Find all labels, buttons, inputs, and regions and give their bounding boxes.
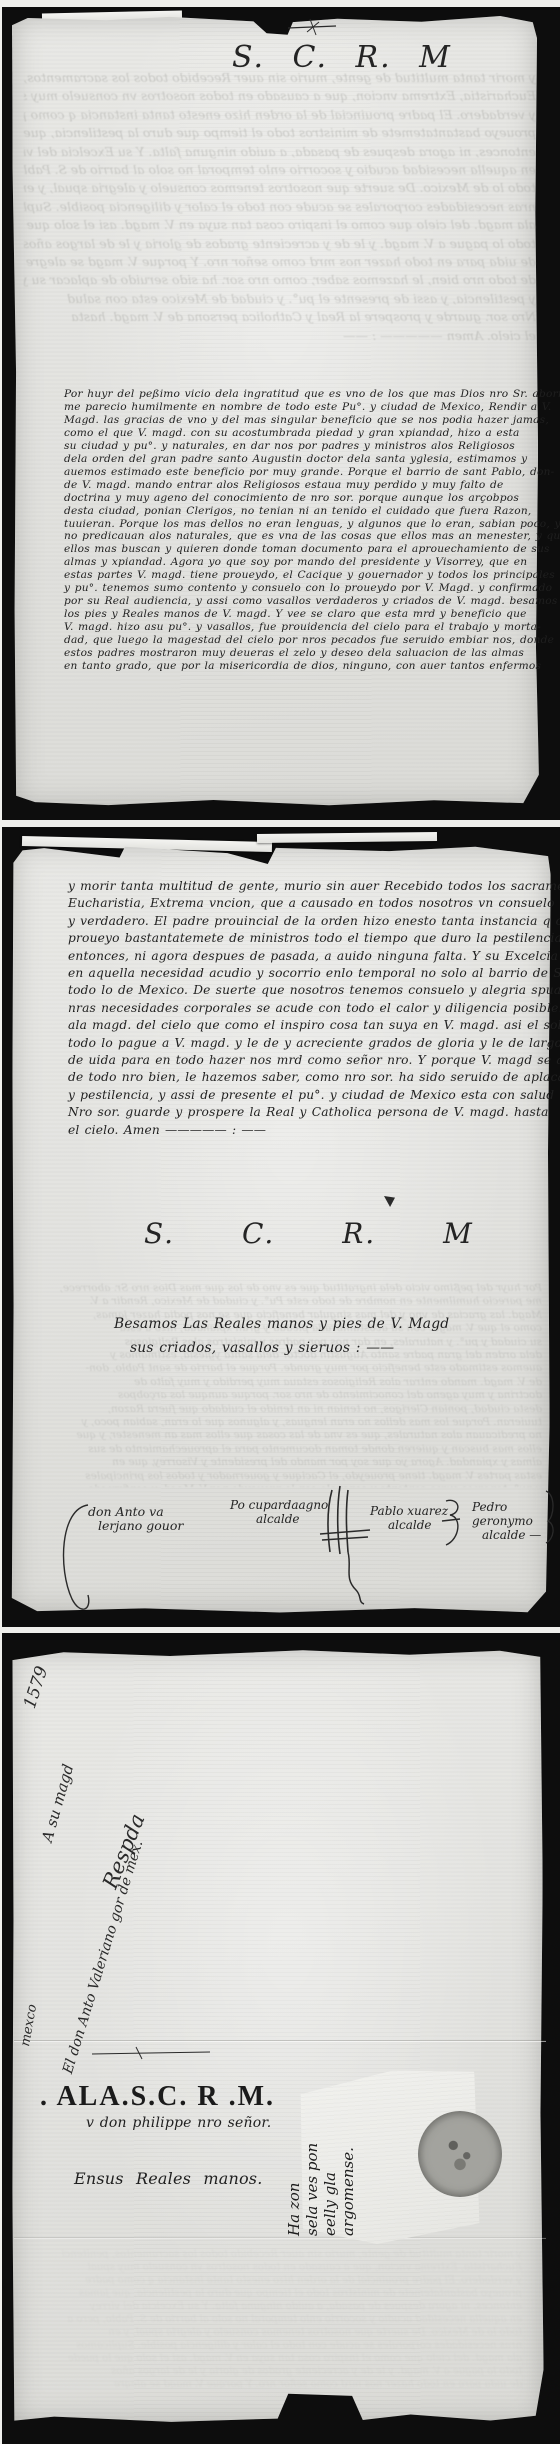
page1-scan: S. C. R. M y morir tanta multitud de gen… <box>2 7 560 820</box>
signature-cupardaagno: Po cupardaagno alcalde <box>230 1499 328 1527</box>
invocation-cross-icon <box>286 17 338 37</box>
text-line: su ciudad y pu°. y naturales, en dar nos… <box>64 440 550 453</box>
text-line: almas y xpiandad. Agora yo que soy por m… <box>64 556 550 569</box>
text-line: como el que V. magd. con su acostumbrada… <box>64 427 550 440</box>
signature-title: lerjano gouor <box>98 1519 183 1533</box>
text-line: dad, que luego la magestad del cielo por… <box>64 634 550 647</box>
text-line: en tanto grado, que por la misericordia … <box>64 660 550 673</box>
page1-body-text: Por huyr del peßimo vicio dela ingratitu… <box>64 388 550 673</box>
signature-name: don Anto va <box>88 1505 183 1519</box>
page2-salutation-scrm: S. C. R. M <box>144 1217 474 1250</box>
text-line: y pu°. tenemos sumo contento y consuelo … <box>64 582 550 595</box>
text-line: por su Real audiencia, y assi como vasal… <box>64 595 550 608</box>
signature-name: Pablo xuarez <box>370 1505 448 1519</box>
signature-rubric-icon <box>440 1495 466 1551</box>
text-line: estas partes V. magd. tiene proueydo, el… <box>64 569 550 582</box>
text-line: me parecio humilmente en nombre de todo … <box>64 401 550 414</box>
text-line: argomense. <box>339 2076 357 2236</box>
text-line: sela ves pon <box>303 2076 321 2236</box>
text-line: Ha zon <box>285 2076 303 2236</box>
text-line: y pestilencia, y assi de presente el pu°… <box>68 1087 554 1104</box>
signature-rubric-icon <box>542 1487 558 1547</box>
text-line: Por huyr del peßimo vicio dela ingratitu… <box>64 388 550 401</box>
closing-line-1: Besamos Las Reales manos y pies de V. Ma… <box>114 1316 449 1332</box>
text-line: Nro sor. guarde y prospere la Real y Cat… <box>68 1104 554 1121</box>
address-line-king: v don philippe nro señor. <box>86 2115 271 2131</box>
text-line: el cielo. Amen ————— : —— <box>68 1122 554 1139</box>
text-line: de V. magd. mando entrar alos Religiosos… <box>64 479 550 492</box>
signature-valeriano: don Anto va lerjano gouor <box>88 1505 183 1534</box>
text-line: no predicauan alos naturales, que es vna… <box>64 530 550 543</box>
text-line: estos padres mostraron muy deueras el ze… <box>64 647 550 660</box>
text-line: dela orden del gran padre santo Augustin… <box>64 453 550 466</box>
wax-seal <box>418 2111 502 2197</box>
text-line: tuuieran. Porque los mas dellos no eran … <box>64 518 550 531</box>
address-line-royal: . ALA.S.C. R .M. <box>40 2081 275 2113</box>
text-line: entonces, ni agora despues de pasada, a … <box>68 948 554 965</box>
address-cross-icon <box>92 2045 212 2061</box>
text-line: doctrina y muy ageno del conocimiento de… <box>64 492 550 505</box>
closing-line-2: sus criados, vasallos y sieruos : —— <box>130 1340 394 1356</box>
page1-salutation-scrm: S. C. R. M <box>232 40 452 75</box>
page3-paper <box>10 1648 543 2425</box>
signature-xuarez: Pablo xuarez alcalde <box>370 1505 448 1533</box>
text-line: auemos estimado este beneficio por muy g… <box>64 466 550 479</box>
slip-note-text: Ha zonsela ves poneelly glaargomense. <box>285 2076 395 2236</box>
fold-crease <box>14 2237 546 2240</box>
text-line: V. magd. hizo asu pu°. y vasallos, fue p… <box>64 621 550 634</box>
text-line: proueyo bastantatemete de ministros todo… <box>68 930 554 947</box>
signature-rubric-icon <box>318 1482 378 1607</box>
text-line: todo lo pague a V. magd. y le de y acrec… <box>68 1035 554 1052</box>
text-line: ala magd. del cielo que como el inspiro … <box>68 1017 554 1034</box>
text-line: desta ciudad, ponian Clerigos, no tenian… <box>64 505 550 518</box>
archival-scan-sheet: S. C. R. M y morir tanta multitud de gen… <box>0 0 560 2444</box>
page2-scan: Por huyr del peßimo vicio dela ingratitu… <box>2 827 560 1627</box>
address-line-hands: Ensus Reales manos. <box>74 2169 262 2188</box>
signature-name: Po cupardaagno <box>230 1499 328 1513</box>
text-line: de uida para en todo hazer nos mrd como … <box>68 1052 554 1069</box>
text-line: de todo nro bien, le hazemos saber, como… <box>68 1069 554 1086</box>
text-line: y verdadero. El padre prouincial de la o… <box>68 913 554 930</box>
text-line: en aquella necesidad acudio y socorrio e… <box>68 965 554 982</box>
text-line: Magd. las gracias de vno y del mas singu… <box>64 414 550 427</box>
text-line: ellos mas buscan y quieren donde toman d… <box>64 543 550 556</box>
text-line: eelly gla <box>321 2076 339 2236</box>
text-line: todo lo de Mexico. De suerte que nosotro… <box>68 982 554 999</box>
text-line: y morir tanta multitud de gente, murio s… <box>68 878 554 895</box>
fold-crease <box>14 2040 546 2043</box>
page3-scan: 1579 A su magd Respda El don Anto Valeri… <box>2 1633 560 2444</box>
text-line: los pies y Reales manos de V. magd. Y ve… <box>64 608 550 621</box>
torn-paper-strip <box>257 832 437 843</box>
page2-body-text: y morir tanta multitud de gente, murio s… <box>68 878 554 1139</box>
text-line: nras necesidades corporales se acude con… <box>68 1000 554 1017</box>
text-line: Eucharistia, Extrema vncion, que a causa… <box>68 895 554 912</box>
